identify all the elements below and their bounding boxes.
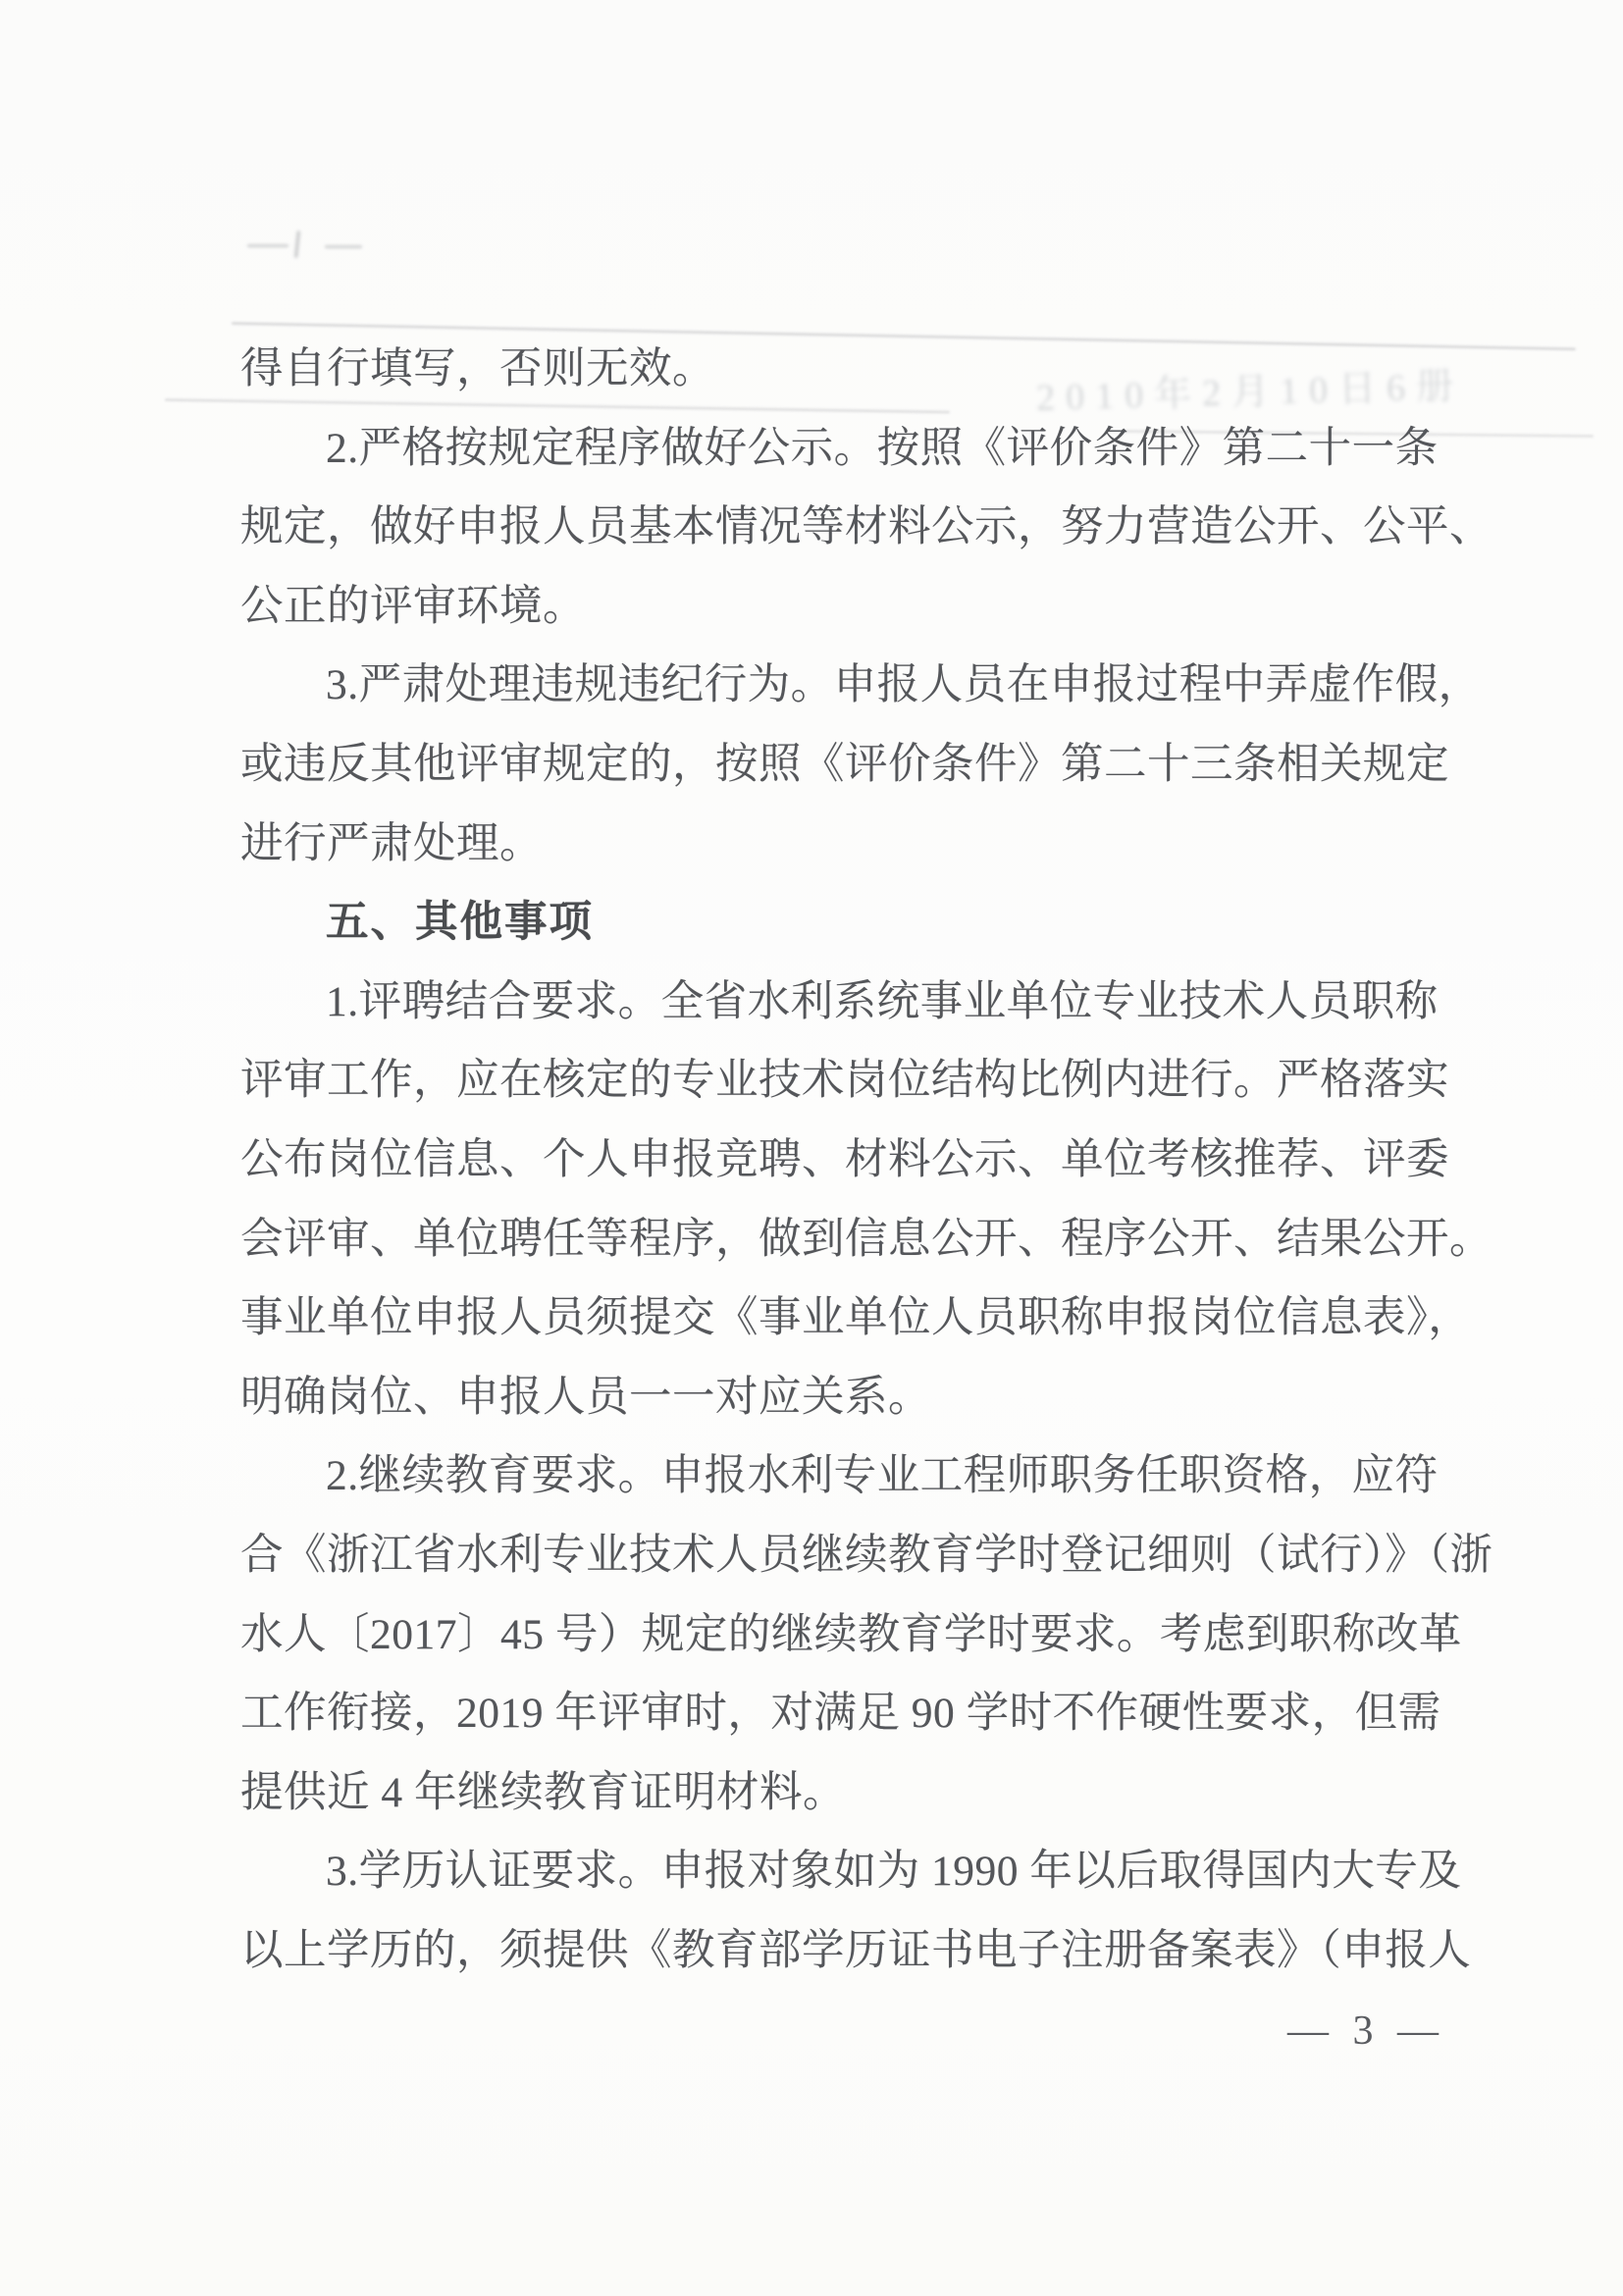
scan-smudge bbox=[294, 231, 301, 258]
scan-smudge bbox=[325, 245, 362, 248]
doc-line: 得自行填写，否则无效。 bbox=[240, 345, 1516, 425]
document-page: 2010年2月10日6册 得自行填写，否则无效。 2.严格按规定程序做好公示。按… bbox=[0, 0, 1623, 2296]
page-number: — 3 — bbox=[1287, 2008, 1445, 2055]
document-body: 得自行填写，否则无效。 2.严格按规定程序做好公示。按照《评价条件》第二十一条 … bbox=[240, 345, 1516, 2006]
doc-line: 公布岗位信息、个人申报竞聘、材料公示、单位考核推荐、评委 bbox=[240, 1136, 1516, 1216]
doc-line: 明确岗位、申报人员一一对应关系。 bbox=[240, 1374, 1516, 1453]
doc-line: 事业单位申报人员须提交《事业单位人员职称申报岗位信息表》， bbox=[240, 1294, 1516, 1374]
doc-line: 水人〔2017〕45 号）规定的继续教育学时要求。考虑到职称改革 bbox=[240, 1611, 1516, 1691]
doc-line: 提供近 4 年继续教育证明材料。 bbox=[240, 1769, 1516, 1849]
doc-line: 工作衔接，2019 年评审时，对满足 90 学时不作硬性要求，但需 bbox=[240, 1690, 1516, 1769]
doc-line: 3.学历认证要求。申报对象如为 1990 年以后取得国内大专及 bbox=[240, 1848, 1516, 1927]
doc-line: 合《浙江省水利专业技术人员继续教育学时登记细则（试行）》（浙 bbox=[240, 1532, 1516, 1611]
scan-smudge bbox=[247, 244, 288, 247]
doc-line: 2.严格按规定程序做好公示。按照《评价条件》第二十一条 bbox=[240, 425, 1516, 504]
doc-line: 以上学历的，须提供《教育部学历证书电子注册备案表》（申报人 bbox=[240, 1927, 1516, 2007]
doc-line: 会评审、单位聘任等程序，做到信息公开、程序公开、结果公开。 bbox=[240, 1216, 1516, 1295]
doc-line: 或违反其他评审规定的，按照《评价条件》第二十三条相关规定 bbox=[240, 741, 1516, 820]
doc-line: 1.评聘结合要求。全省水利系统事业单位专业技术人员职称 bbox=[240, 978, 1516, 1058]
doc-line: 规定，做好申报人员基本情况等材料公示，努力营造公开、公平、 bbox=[240, 503, 1516, 583]
doc-line: 评审工作，应在核定的专业技术岗位结构比例内进行。严格落实 bbox=[240, 1057, 1516, 1136]
doc-line: 公正的评审环境。 bbox=[240, 583, 1516, 662]
doc-line: 2.继续教育要求。申报水利专业工程师职务任职资格，应符 bbox=[240, 1452, 1516, 1532]
doc-line: 3.严肃处理违规违纪行为。申报人员在申报过程中弄虚作假， bbox=[240, 661, 1516, 741]
doc-line: 进行严肃处理。 bbox=[240, 820, 1516, 900]
section-heading: 五、其他事项 bbox=[240, 899, 1516, 978]
